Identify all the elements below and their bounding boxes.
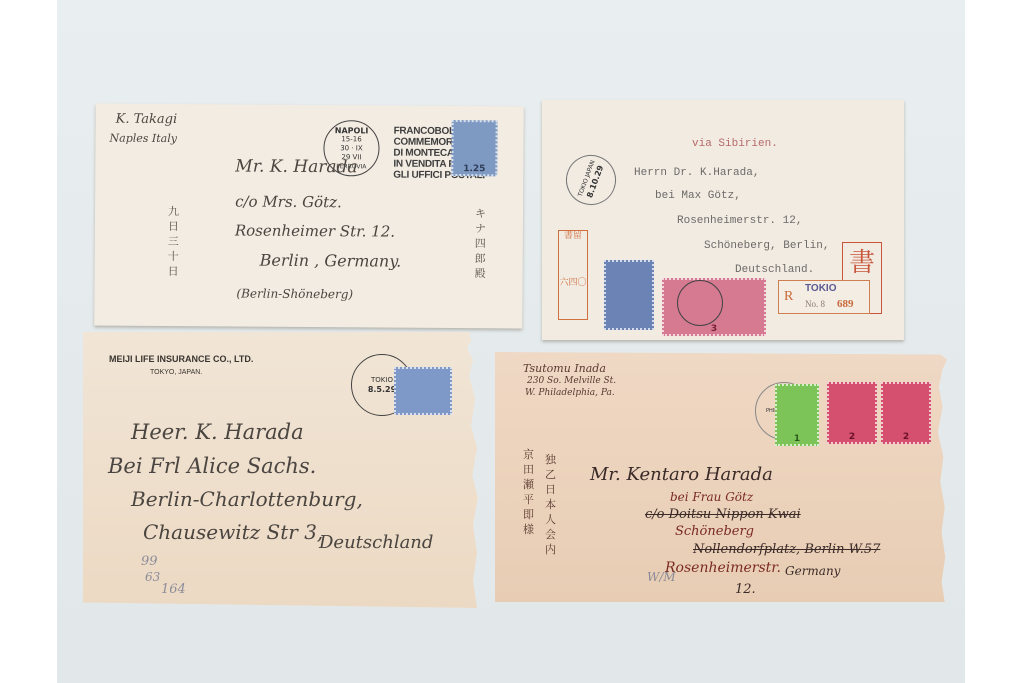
address-line-3: Nollendorfplatz, Berlin W.57 xyxy=(693,542,880,557)
forward-line-3: Rosenheimerstr. xyxy=(665,560,781,576)
initials: W/M xyxy=(647,570,676,584)
sender-city: W. Philadelphia, Pa. xyxy=(525,388,615,398)
address-line-1: Mr. K. Harada xyxy=(235,156,357,177)
address-line-2: Bei Frl Alice Sachs. xyxy=(108,454,316,478)
forward-line-1: bei Frau Götz xyxy=(670,490,753,504)
pencil-note-1: 99 xyxy=(141,554,158,569)
address-line-1: Mr. Kentaro Harada xyxy=(590,464,773,485)
forward-line-2: Schöneberg xyxy=(675,524,754,539)
address-country: Germany xyxy=(785,564,840,578)
cjk-note-left: 九日三十日 xyxy=(168,204,183,279)
address-line-1: Heer. K. Harada xyxy=(131,420,304,444)
cjk-note-left: 京田瀬平即様 xyxy=(523,447,537,537)
pencil-note-2: 63 xyxy=(145,570,160,584)
postmark-tokio: TOKIO JAPAN 8.10.29 xyxy=(559,148,623,212)
forward-number: 12. xyxy=(735,582,756,597)
envelope-meiji-life: MEIJI LIFE INSURANCE CO., LTD. TOKYO, JA… xyxy=(83,332,479,608)
letterhead-sub: TOKYO, JAPAN. xyxy=(150,369,202,376)
registration-label: R TOKIO No. 8 689 xyxy=(778,280,870,314)
address-line-4: Chausewitz Str 3, xyxy=(143,520,323,544)
postmark-tokio-2 xyxy=(677,280,723,326)
address-line-2: c/o Doitsu Nippon Kwai xyxy=(645,507,801,522)
letterhead: MEIJI LIFE INSURANCE CO., LTD. xyxy=(109,354,253,364)
envelope-tokyo-registered: TOKIO JAPAN 8.10.29 via Sibirien. Herrn … xyxy=(542,100,904,340)
address-line-4: Berlin , Germany. xyxy=(260,251,402,271)
sender-name: K. Takagi xyxy=(116,112,178,127)
address-line-2: bei Max Götz, xyxy=(655,190,741,202)
address-line-1: Herrn Dr. K.Harada, xyxy=(634,167,759,179)
stamp-us-1-cent: 1 xyxy=(775,384,819,446)
address-line-3: Berlin-Charlottenburg, xyxy=(131,487,363,511)
registration-label-vertical: 書留 六四〇 xyxy=(558,230,588,320)
stamp-japan-castle xyxy=(394,367,452,415)
sender-name: Tsutomu Inada xyxy=(523,362,606,375)
stamp-us-2-cents: 2 xyxy=(881,382,931,444)
sender-street: 230 So. Melville St. xyxy=(527,376,616,386)
cjk-note-right: キナ四郎殿 xyxy=(475,206,490,281)
address-line-2: c/o Mrs. Götz. xyxy=(235,192,342,211)
stamp-us-2-cents: 2 xyxy=(827,382,877,444)
address-line-3: Rosenheimer Str. 12. xyxy=(235,221,395,240)
address-line-5: (Berlin-Shöneberg) xyxy=(236,286,353,301)
envelope-naples: K. Takagi Naples Italy NAPOLI 15-16 30 ·… xyxy=(94,104,524,329)
address-line-5: Deutschland xyxy=(319,532,433,553)
stamp-japan-blue xyxy=(604,260,654,330)
envelope-philadelphia: Tsutomu Inada 230 So. Melville St. W. Ph… xyxy=(495,352,947,602)
cjk-note-right: 独乙日本人会内 xyxy=(545,452,559,557)
address-line-3: Rosenheimerstr. 12, xyxy=(677,215,802,227)
address-line-5: Deutschland. xyxy=(735,264,814,276)
sender-city: Naples Italy xyxy=(109,132,177,145)
routing-note: via Sibirien. xyxy=(692,138,778,150)
stamp-italy: 1.25 xyxy=(451,120,497,176)
address-line-4: Schöneberg, Berlin, xyxy=(704,240,829,252)
pencil-note-3: 164 xyxy=(161,582,186,597)
